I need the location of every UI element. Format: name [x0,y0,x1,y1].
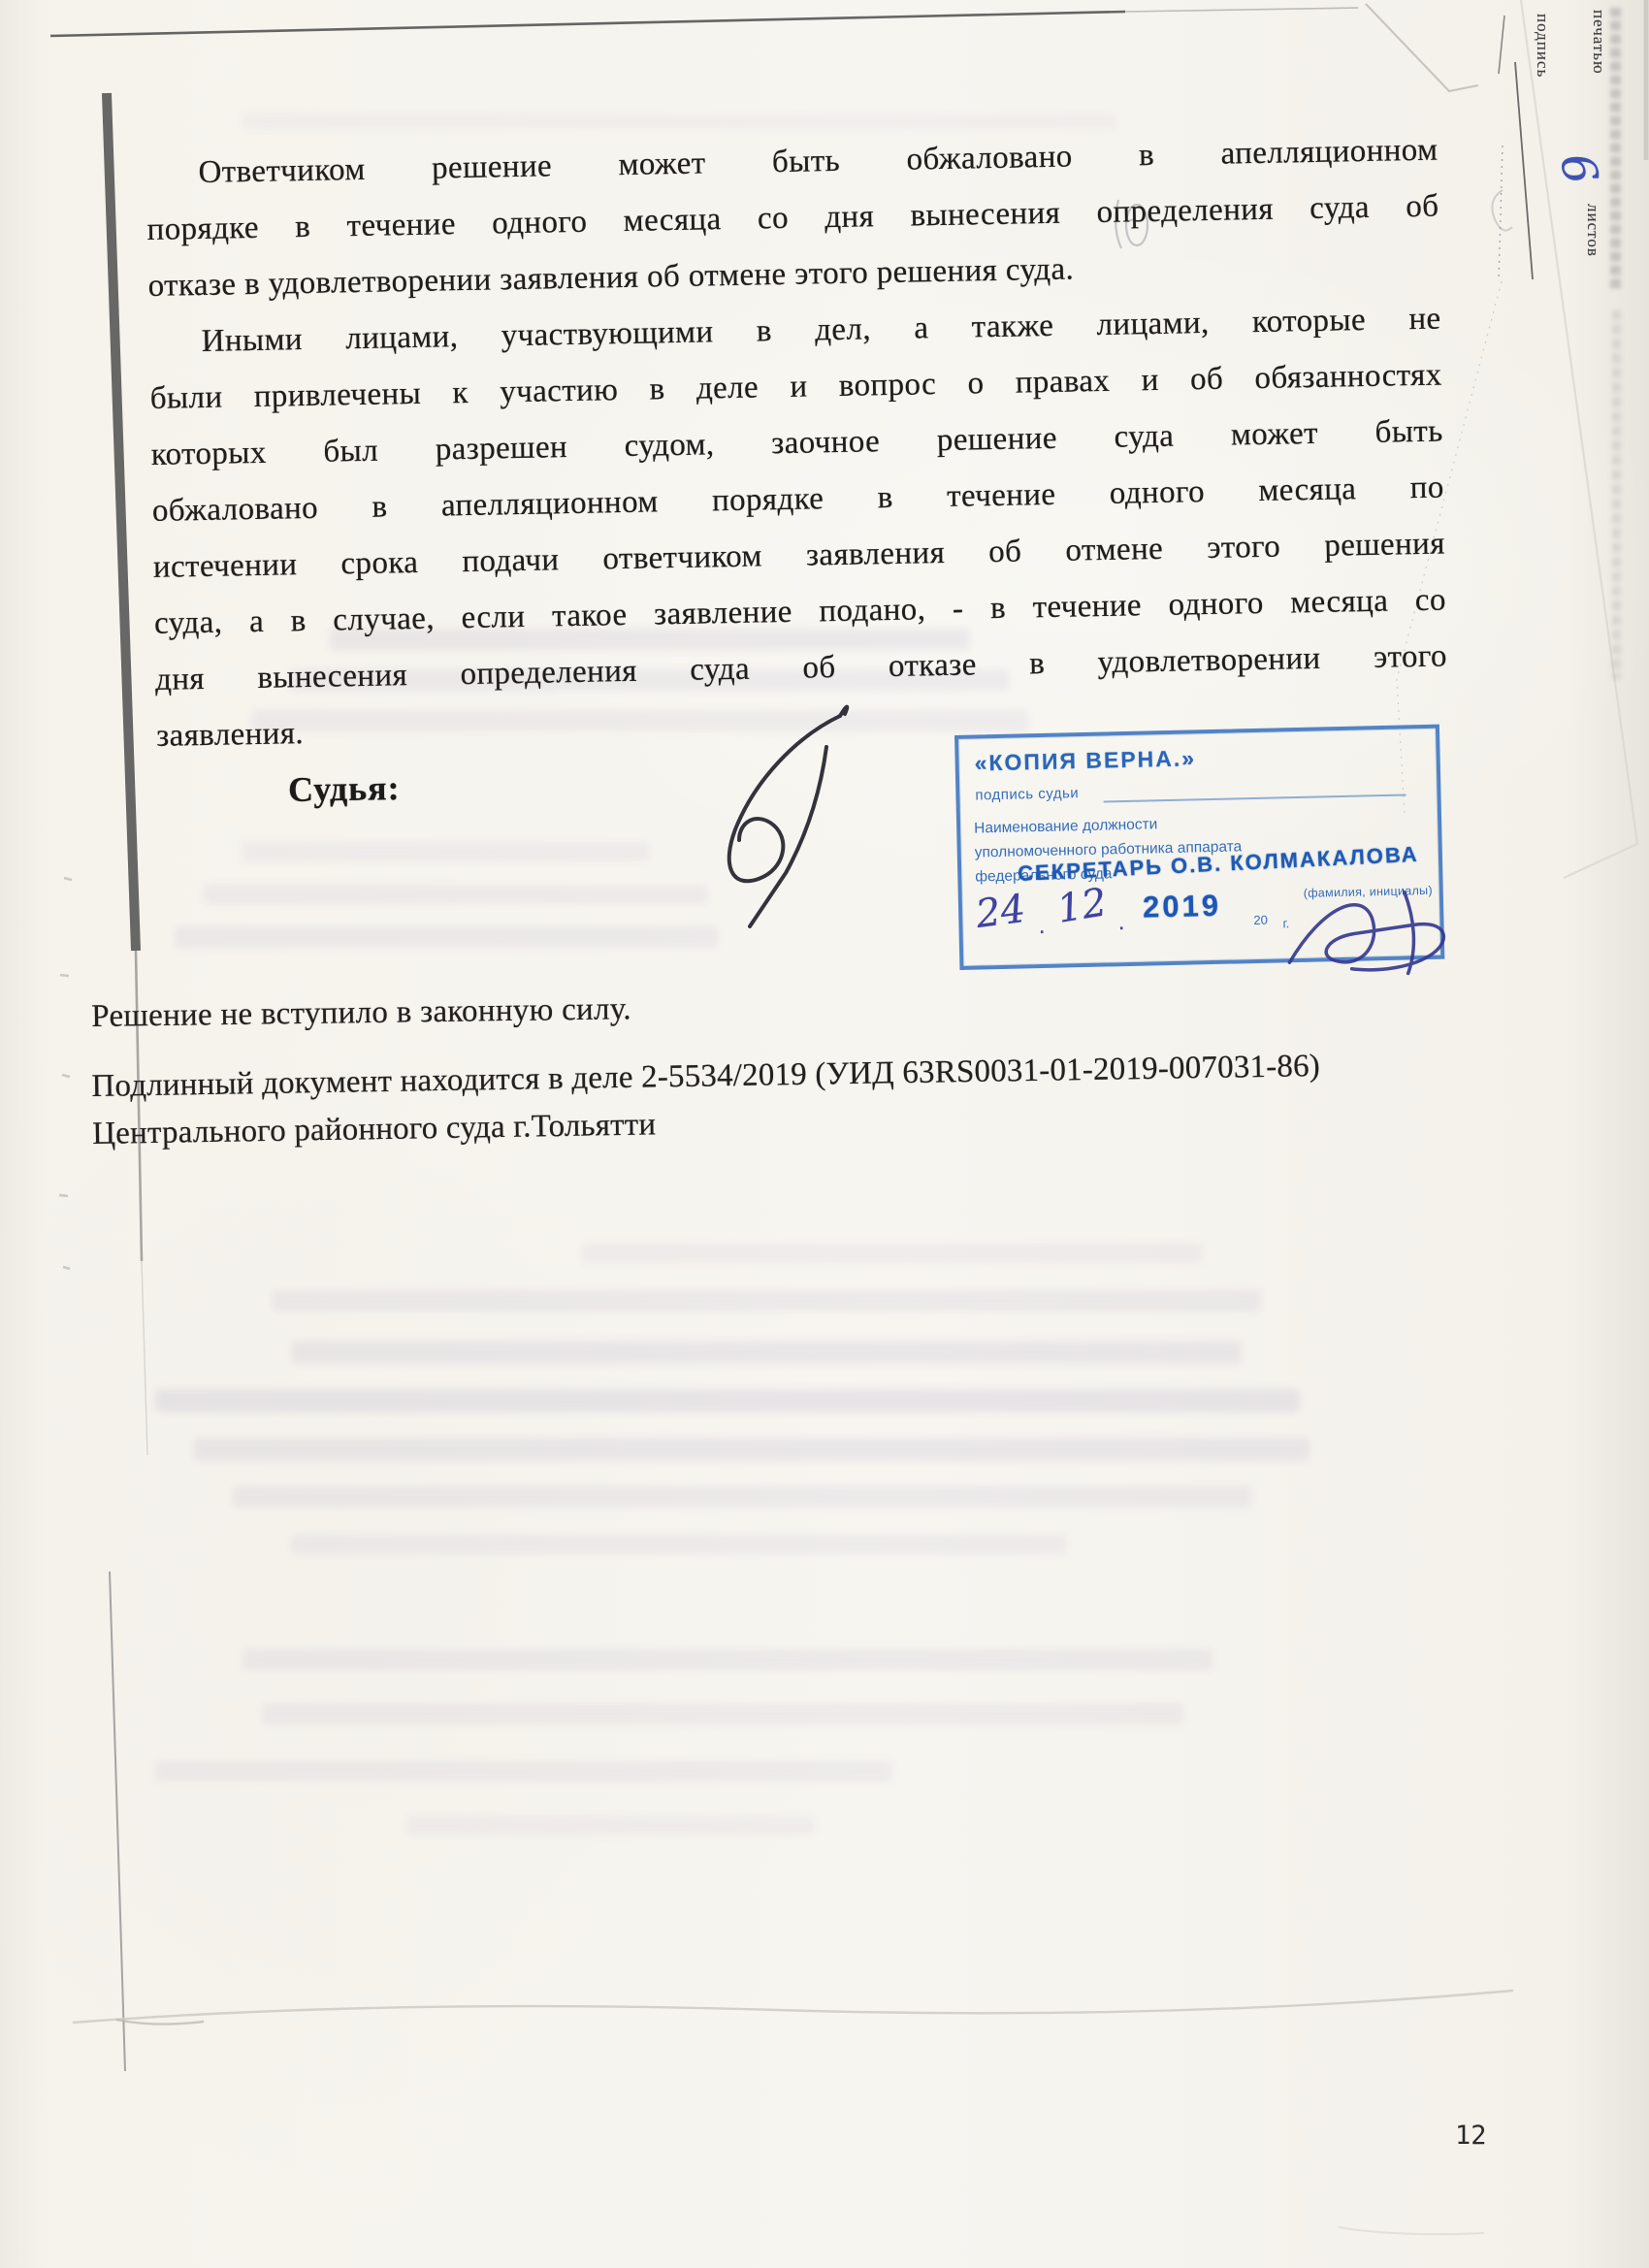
bleed-through-artifact [242,114,1115,129]
handwritten-sheet-count: 6 [1549,148,1608,189]
original-document-note: Подлинный документ находится в деле 2-55… [91,1040,1470,1158]
bleed-through-artifact [175,926,718,948]
scanned-court-document-page: Ответчиком решение может быть обжаловано… [0,0,1649,2268]
bleed-through-artifact [272,1290,1261,1312]
stamp-blank-line [1103,777,1406,802]
page-number: 12 [1455,2121,1487,2151]
decision-appeal-text: Ответчиком решение может быть обжаловано… [145,122,1448,764]
bleed-through-artifact [291,1535,1067,1554]
status-note: Решение не вступило в законную силу. [91,991,631,1035]
stamp-position-line: Наименование должности [974,816,1158,837]
bleed-through-artifact [242,1649,1212,1670]
stamp-signature-caption: подпись судьи [975,785,1079,803]
judge-signature [650,679,892,941]
copy-certification-stamp: «КОПИЯ ВЕРНА.» подпись судьи Наименовани… [954,725,1444,970]
stamp-title: «КОПИЯ ВЕРНА.» [974,745,1196,776]
bleed-through-artifact [407,1816,815,1835]
stamp-form-year-prefix: 20 [1253,913,1268,927]
bleed-through-artifact [204,885,708,904]
bleed-through-artifact [194,1438,1309,1461]
bleed-through-artifact [291,1341,1242,1364]
bleed-through-artifact [262,1703,1183,1725]
handwritten-date-month: 12 [1054,880,1111,932]
edge-label-podpis: подпись [1533,14,1552,78]
edge-label-listov: листов [1583,204,1602,257]
date-dot: . [1038,910,1046,940]
handwritten-date-day: 24 [973,887,1027,937]
edge-label-ghost-text [1610,8,1621,289]
bleed-through-artifact [155,1761,892,1782]
bleed-through-artifact [582,1244,1203,1263]
edge-label-ghost-text [1612,310,1621,679]
bleed-through-artifact [233,1486,1251,1507]
bleed-through-artifact [155,1389,1300,1412]
secretary-signature [1268,861,1465,992]
judge-label: Судья: [288,767,401,810]
bleed-through-artifact [242,842,650,861]
edge-label-pechatyu: печатью [1589,10,1608,75]
date-dot: . [1117,906,1125,936]
stamped-date-year: 2019 [1143,889,1222,925]
